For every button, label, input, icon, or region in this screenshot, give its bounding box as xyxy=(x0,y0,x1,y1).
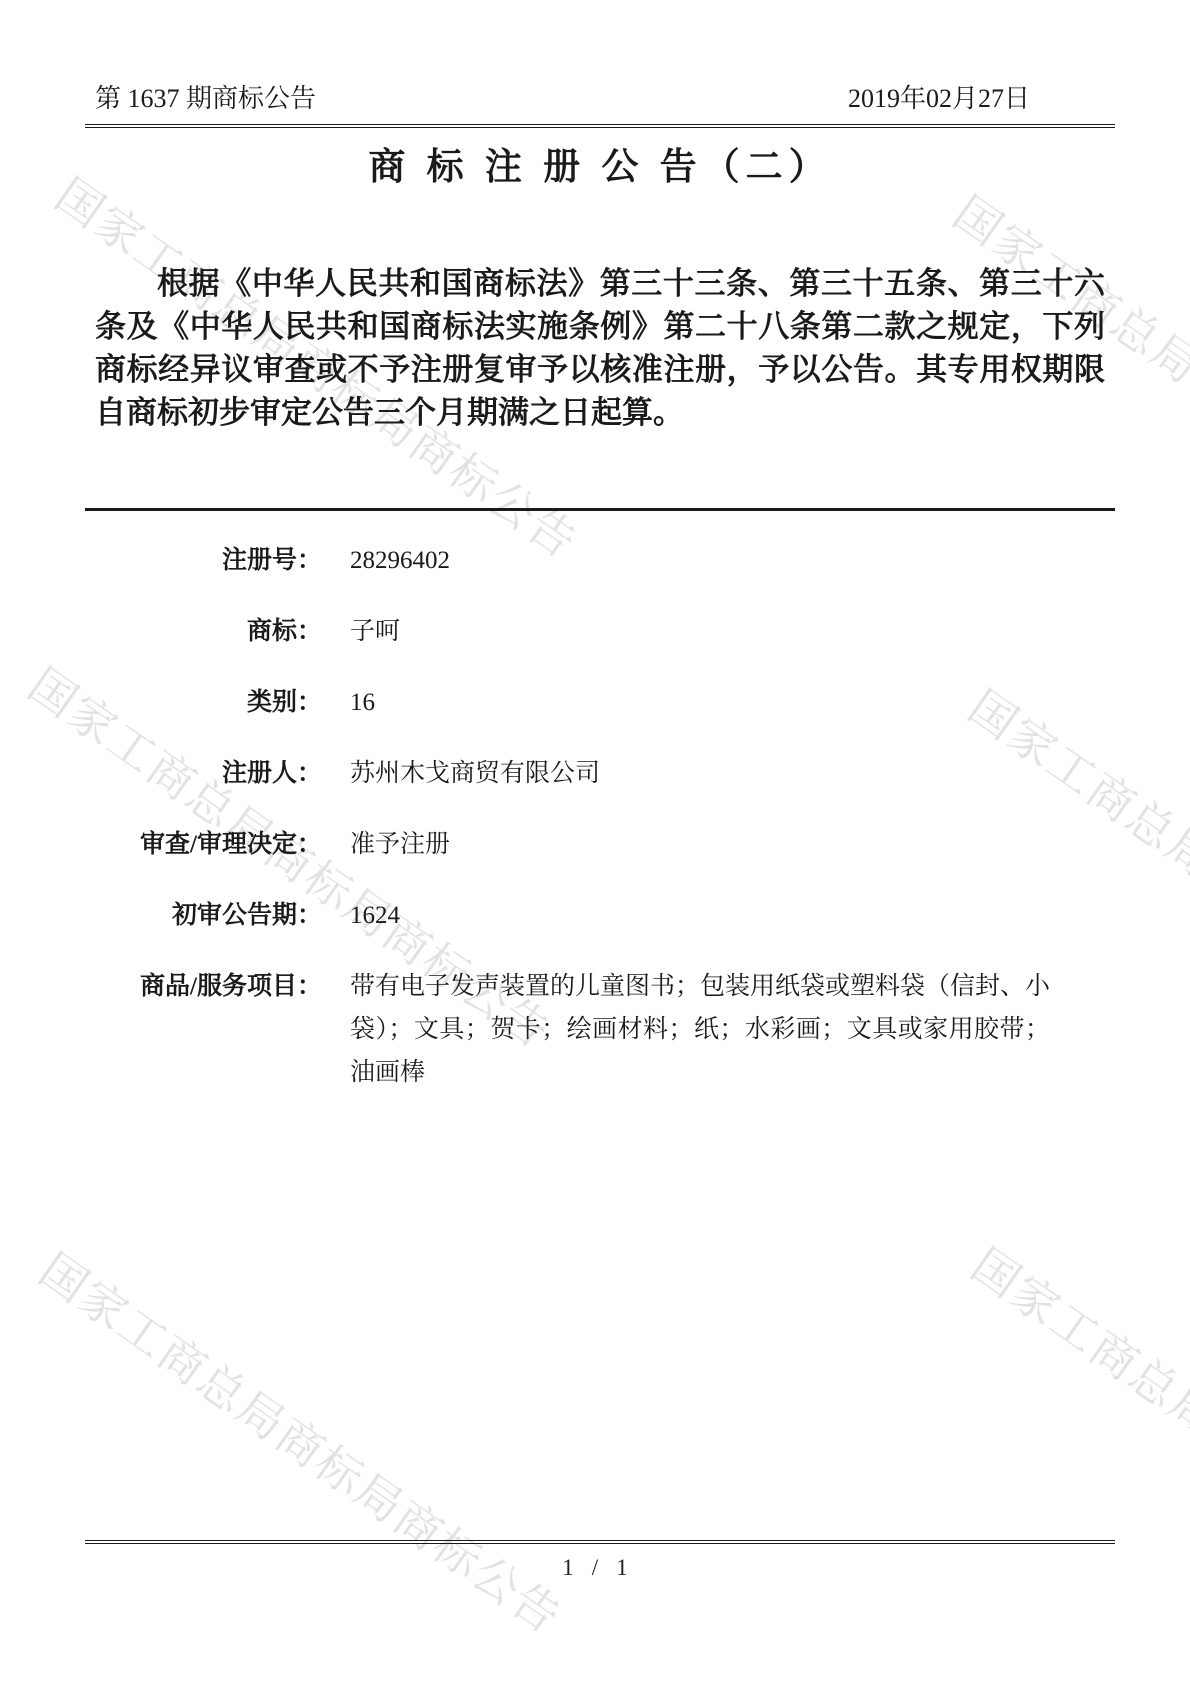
trademark-record: 注册号： 28296402 商标： 子呵 类别： 16 注册人： 苏州木戈商贸有… xyxy=(85,539,1115,1094)
section-rule xyxy=(85,508,1115,511)
gazette-date: 2019年02月27日 xyxy=(848,84,1105,114)
field-label: 注册号： xyxy=(85,539,322,582)
page-number: 1/1 xyxy=(0,1553,1190,1583)
page-number-total: 1 xyxy=(616,1555,628,1580)
field-value: 准予注册 xyxy=(322,823,1050,866)
field-value: 苏州木戈商贸有限公司 xyxy=(322,752,1050,795)
legal-basis-paragraph: 根据《中华人民共和国商标法》第三十三条、第三十五条、第三十六条及《中华人民共和国… xyxy=(85,262,1115,434)
announcement-page: 国家工商总局商标局商标公告 国家工商总局商标局商标公告 国家工商总局商标局商标公… xyxy=(0,0,1190,1684)
field-value: 子呵 xyxy=(322,610,1050,653)
field-value: 带有电子发声装置的儿童图书；包装用纸袋或塑料袋（信封、小袋）；文具；贺卡；绘画材… xyxy=(322,965,1050,1094)
field-row-registrant: 注册人： 苏州木戈商贸有限公司 xyxy=(85,752,1115,795)
page-number-separator: / xyxy=(592,1553,598,1583)
field-row-trademark-name: 商标： 子呵 xyxy=(85,610,1115,653)
field-value: 16 xyxy=(322,681,1050,724)
footer-rule xyxy=(85,1540,1115,1544)
field-row-registration-number: 注册号： 28296402 xyxy=(85,539,1115,582)
field-label: 注册人： xyxy=(85,752,322,795)
field-row-class: 类别： 16 xyxy=(85,681,1115,724)
field-label: 类别： xyxy=(85,681,322,724)
page-number-current: 1 xyxy=(562,1555,574,1580)
gazette-issue-number: 第 1637 期商标公告 xyxy=(95,84,316,114)
field-label: 审查/审理决定： xyxy=(85,823,322,866)
document-content: 第 1637 期商标公告 2019年02月27日 商 标 注 册 公 告（二） … xyxy=(85,0,1115,1122)
field-row-examination-decision: 审查/审理决定： 准予注册 xyxy=(85,823,1115,866)
field-label: 商品/服务项目： xyxy=(85,965,322,1094)
header-rule xyxy=(85,124,1115,128)
field-label: 商标： xyxy=(85,610,322,653)
field-value: 1624 xyxy=(322,894,1050,937)
field-row-goods-services: 商品/服务项目： 带有电子发声装置的儿童图书；包装用纸袋或塑料袋（信封、小袋）；… xyxy=(85,965,1115,1094)
page-header: 第 1637 期商标公告 2019年02月27日 xyxy=(85,84,1115,114)
field-row-preliminary-gazette-issue: 初审公告期： 1624 xyxy=(85,894,1115,937)
watermark-text: 国家工商总局商标局商标公告 xyxy=(28,1235,577,1647)
field-label: 初审公告期： xyxy=(85,894,322,937)
field-value: 28296402 xyxy=(322,539,1050,582)
page-title: 商 标 注 册 公 告（二） xyxy=(85,146,1115,190)
